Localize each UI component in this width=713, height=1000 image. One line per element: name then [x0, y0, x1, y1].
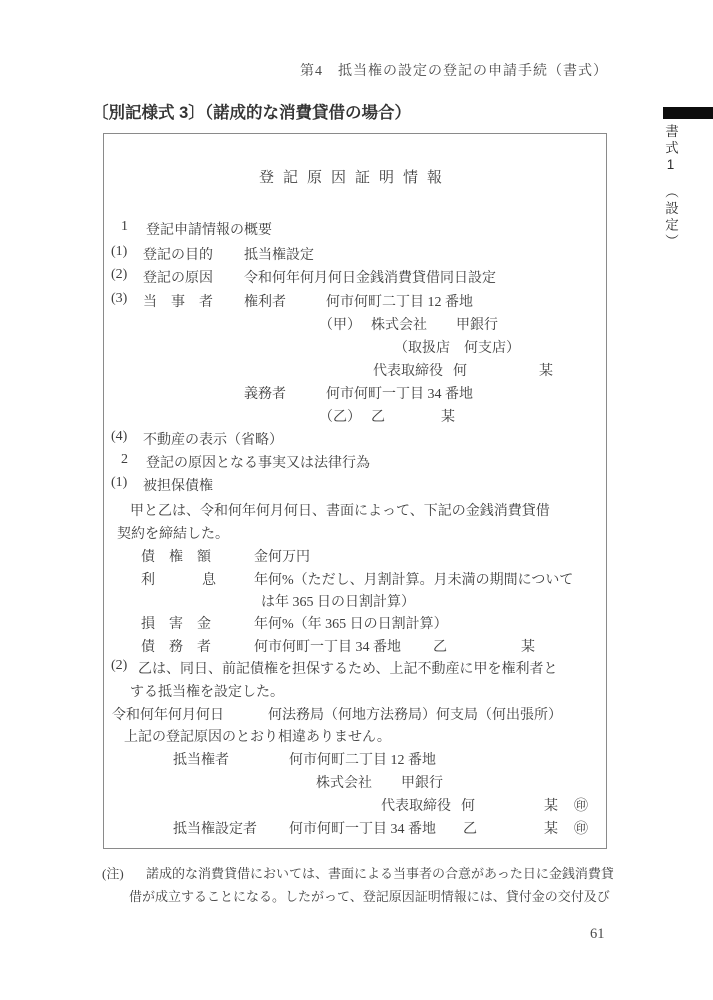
form-line-segment: 何法務局（何地方法務局）何支局（何出張所）: [268, 704, 562, 724]
form-line-segment: 甲と乙は、令和何年何月何日、書面によって、下記の金銭消費貸借: [130, 500, 550, 520]
form-line: 契約を締結した。: [104, 523, 606, 546]
form-line: (4)不動産の表示（省略）: [104, 429, 606, 452]
form-line-segment: 代表取締役: [373, 360, 443, 380]
form-line-segment: (1): [111, 475, 127, 491]
form-line: 代表取締役何某㊞: [104, 795, 606, 818]
form-line-segment: 何市何町二丁目 12 番地: [326, 291, 473, 311]
form-line-segment: 登記の原因となる事実又は法律行為: [146, 452, 370, 472]
form-line: （甲）株式会社甲銀行: [104, 314, 606, 337]
form-line-segment: ㊞: [574, 795, 588, 815]
form-line: 株式会社甲銀行: [104, 772, 606, 795]
form-line-segment: 乙は、同日、前記債権を担保するため、上記不動産に甲を権利者と: [138, 658, 557, 678]
note-line-2: 借が成立することになる。したがって、登記原因証明情報には、貸付金の交付及び: [129, 886, 610, 905]
form-line-segment: 令和何年何月何日金銭消費貸借同日設定: [244, 267, 496, 287]
form-line-segment: 乙: [463, 818, 477, 838]
form-line: 甲と乙は、令和何年何月何日、書面によって、下記の金銭消費貸借: [104, 500, 606, 523]
form-line-segment: (2): [111, 267, 127, 283]
form-line-segment: 何: [461, 795, 475, 815]
form-line-segment: 利: [141, 569, 155, 589]
form-line-segment: ㊞: [574, 818, 588, 838]
form-line-segment: する抵当権を設定した。: [130, 681, 284, 701]
section-title: 〔別記様式 3〕（諾成的な消費貸借の場合）: [92, 99, 411, 123]
form-line-segment: （乙）: [319, 406, 361, 426]
form-line: 2登記の原因となる事実又は法律行為: [104, 452, 606, 475]
form-line-segment: （取扱店 何支店）: [394, 337, 520, 357]
form-line-segment: (1): [111, 244, 127, 260]
form-line-segment: 契約を締結した。: [117, 523, 229, 543]
form-line: 債 権 額金何万円: [104, 546, 606, 569]
side-tab-label: 書式1 （設定）: [660, 124, 680, 274]
form-line-segment: 代表取締役: [381, 795, 451, 815]
form-line-segment: 義務者: [244, 383, 286, 403]
form-title: 登記原因証明情報: [104, 166, 606, 187]
form-line: 1登記申請情報の概要: [104, 219, 606, 242]
form-line: 令和何年何月何日何法務局（何地方法務局）何支局（何出張所）: [104, 704, 606, 727]
form-line-segment: 某: [544, 795, 558, 815]
form-line: 債 務 者何市何町一丁目 34 番地乙某: [104, 636, 606, 659]
form-line-segment: は年 365 日の日割計算）: [261, 591, 415, 611]
form-line-segment: 債 権 額: [141, 546, 211, 566]
form-line-segment: 抵当権設定者: [173, 818, 257, 838]
form-line-segment: （甲）: [319, 314, 361, 334]
form-line-segment: 何市何町一丁目 34 番地: [289, 818, 436, 838]
form-line: 義務者何市何町一丁目 34 番地: [104, 383, 606, 406]
form-line-segment: 某: [539, 360, 553, 380]
note-marker: (注): [102, 863, 124, 882]
form-line-segment: 某: [441, 406, 455, 426]
form-line-segment: 何市何町二丁目 12 番地: [289, 749, 436, 769]
form-line-segment: (4): [111, 429, 127, 445]
form-line-segment: 甲銀行: [401, 772, 443, 792]
form-line: 損 害 金年何%（年 365 日の日割計算）: [104, 613, 606, 636]
running-header: 第4 抵当権の設定の登記の申請手続（書式）: [300, 60, 608, 80]
form-line-segment: 何市何町一丁目 34 番地: [254, 636, 401, 656]
form-line-segment: 権利者: [244, 291, 286, 311]
form-line-segment: 不動産の表示（省略）: [143, 429, 283, 449]
form-line-segment: 債 務 者: [141, 636, 211, 656]
form-line-segment: 当 事 者: [143, 291, 213, 311]
book-page: 第4 抵当権の設定の登記の申請手続（書式） 〔別記様式 3〕（諾成的な消費貸借の…: [0, 0, 713, 1000]
form-line-segment: 某: [544, 818, 558, 838]
form-line-segment: 息: [202, 569, 216, 589]
form-line: 抵当権設定者何市何町一丁目 34 番地乙某㊞: [104, 818, 606, 841]
form-line-segment: 登記の原因: [143, 267, 213, 287]
form-line: 上記の登記原因のとおり相違ありません。: [104, 726, 606, 749]
form-line-segment: 登記申請情報の概要: [146, 219, 272, 239]
form-line: 代表取締役何某: [104, 360, 606, 383]
form-line-segment: 抵当権者: [173, 749, 229, 769]
page-number: 61: [590, 926, 605, 943]
form-line-segment: 1: [121, 219, 128, 235]
form-line-segment: 損 害 金: [141, 613, 211, 633]
form-line-segment: 何市何町一丁目 34 番地: [326, 383, 473, 403]
form-line-segment: 株式会社: [316, 772, 372, 792]
form-line: （取扱店 何支店）: [104, 337, 606, 360]
form-line-segment: (3): [111, 291, 127, 307]
form-line: (3)当 事 者権利者何市何町二丁目 12 番地: [104, 291, 606, 314]
form-line-segment: (2): [111, 658, 127, 674]
note-line-1: 諾成的な消費貸借においては、書面による当事者の合意があった日に金銭消費貸: [146, 863, 614, 882]
form-line: (1)被担保債権: [104, 475, 606, 498]
form-line-segment: 甲銀行: [456, 314, 498, 334]
form-line: （乙）乙某: [104, 406, 606, 429]
form-line: (2)登記の原因令和何年何月何日金銭消費貸借同日設定: [104, 267, 606, 290]
form-line: (1)登記の目的抵当権設定: [104, 244, 606, 267]
form-line-segment: 何: [453, 360, 467, 380]
form-line-segment: 乙: [371, 406, 385, 426]
form-line-segment: 上記の登記原因のとおり相違ありません。: [124, 726, 391, 746]
form-line: は年 365 日の日割計算）: [104, 591, 606, 614]
form-line: (2)乙は、同日、前記債権を担保するため、上記不動産に甲を権利者と: [104, 658, 606, 681]
form-line: する抵当権を設定した。: [104, 681, 606, 704]
form-line-segment: 金何万円: [254, 546, 310, 566]
form-line: 抵当権者何市何町二丁目 12 番地: [104, 749, 606, 772]
form-line-segment: 乙: [433, 636, 447, 656]
form-line-segment: 年何%（ただし、月割計算。月未満の期間について: [254, 569, 573, 589]
form-line-segment: 令和何年何月何日: [112, 704, 224, 724]
form-line-segment: 某: [521, 636, 535, 656]
form-line-segment: 年何%（年 365 日の日割計算）: [254, 613, 448, 633]
form-line-segment: 抵当権設定: [244, 244, 314, 264]
form-line: 利息年何%（ただし、月割計算。月未満の期間について: [104, 569, 606, 592]
form-line-segment: 株式会社: [371, 314, 427, 334]
form-line-segment: 登記の目的: [143, 244, 213, 264]
form-line-segment: 被担保債権: [143, 475, 213, 495]
side-tab-bar: [663, 107, 713, 119]
form-box: 登記原因証明情報 1登記申請情報の概要(1)登記の目的抵当権設定(2)登記の原因…: [103, 133, 607, 849]
form-line-segment: 2: [121, 452, 128, 468]
